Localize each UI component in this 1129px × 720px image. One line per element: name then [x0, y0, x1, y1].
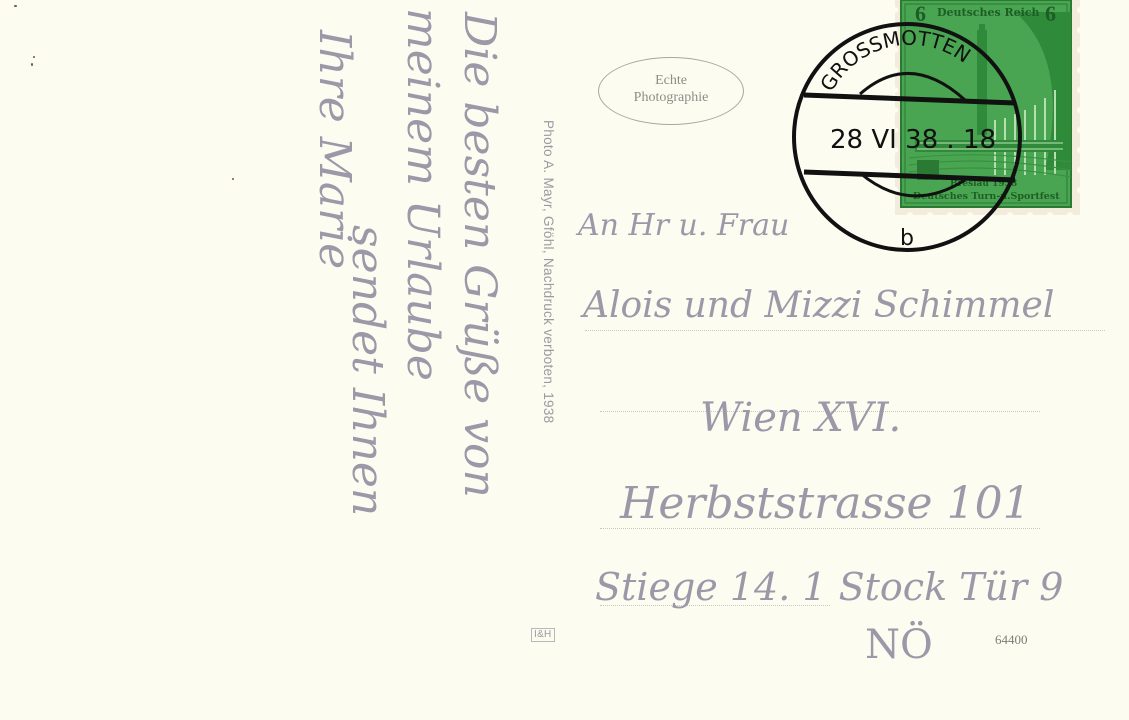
message-line-1: Die besten Grüße von	[454, 12, 505, 498]
paper-speck	[232, 178, 234, 180]
paper-speck	[14, 5, 17, 7]
address-line-4: Herbststrasse 101	[620, 478, 1031, 529]
postmark-date: 28 VI 38 . 18	[830, 125, 996, 155]
publisher-mark: I&H	[531, 628, 555, 642]
oval-line-1: Echte	[599, 72, 743, 89]
address-line-2: Alois und Mizzi Schimmel	[583, 285, 1054, 326]
publisher-line: Photo A. Mayr, Gföhl, Nachdruck verboten…	[541, 120, 556, 423]
paper-speck	[31, 63, 33, 66]
message-line-2: meinem Urlaube	[397, 8, 448, 381]
message-line-4: Ihre Marie	[309, 30, 360, 269]
address-line-3: Wien XVI.	[700, 395, 901, 441]
paper-speck	[33, 56, 35, 58]
stamp-country: Deutsches Reich	[937, 6, 1040, 19]
address-line-1: An Hr u. Frau	[578, 208, 789, 243]
postcard: Die besten Grüße von meinem Urlaube send…	[0, 0, 1129, 720]
echte-photographie-oval: Echte Photographie	[598, 57, 744, 125]
catalog-number: 64400	[995, 632, 1028, 648]
postmark-town: GROSSMOTTEN	[815, 26, 975, 96]
address-note: NÖ	[865, 622, 933, 668]
address-line-5: Stiege 14. 1 Stock Tür 9	[595, 565, 1063, 609]
address-rule	[585, 330, 1105, 331]
stamp-value-right: 6	[1045, 1, 1056, 26]
postmark-code: b	[900, 226, 914, 251]
postmark: GROSSMOTTEN 28 VI 38 . 18 b	[790, 20, 1040, 265]
oval-line-2: Photographie	[599, 89, 743, 106]
